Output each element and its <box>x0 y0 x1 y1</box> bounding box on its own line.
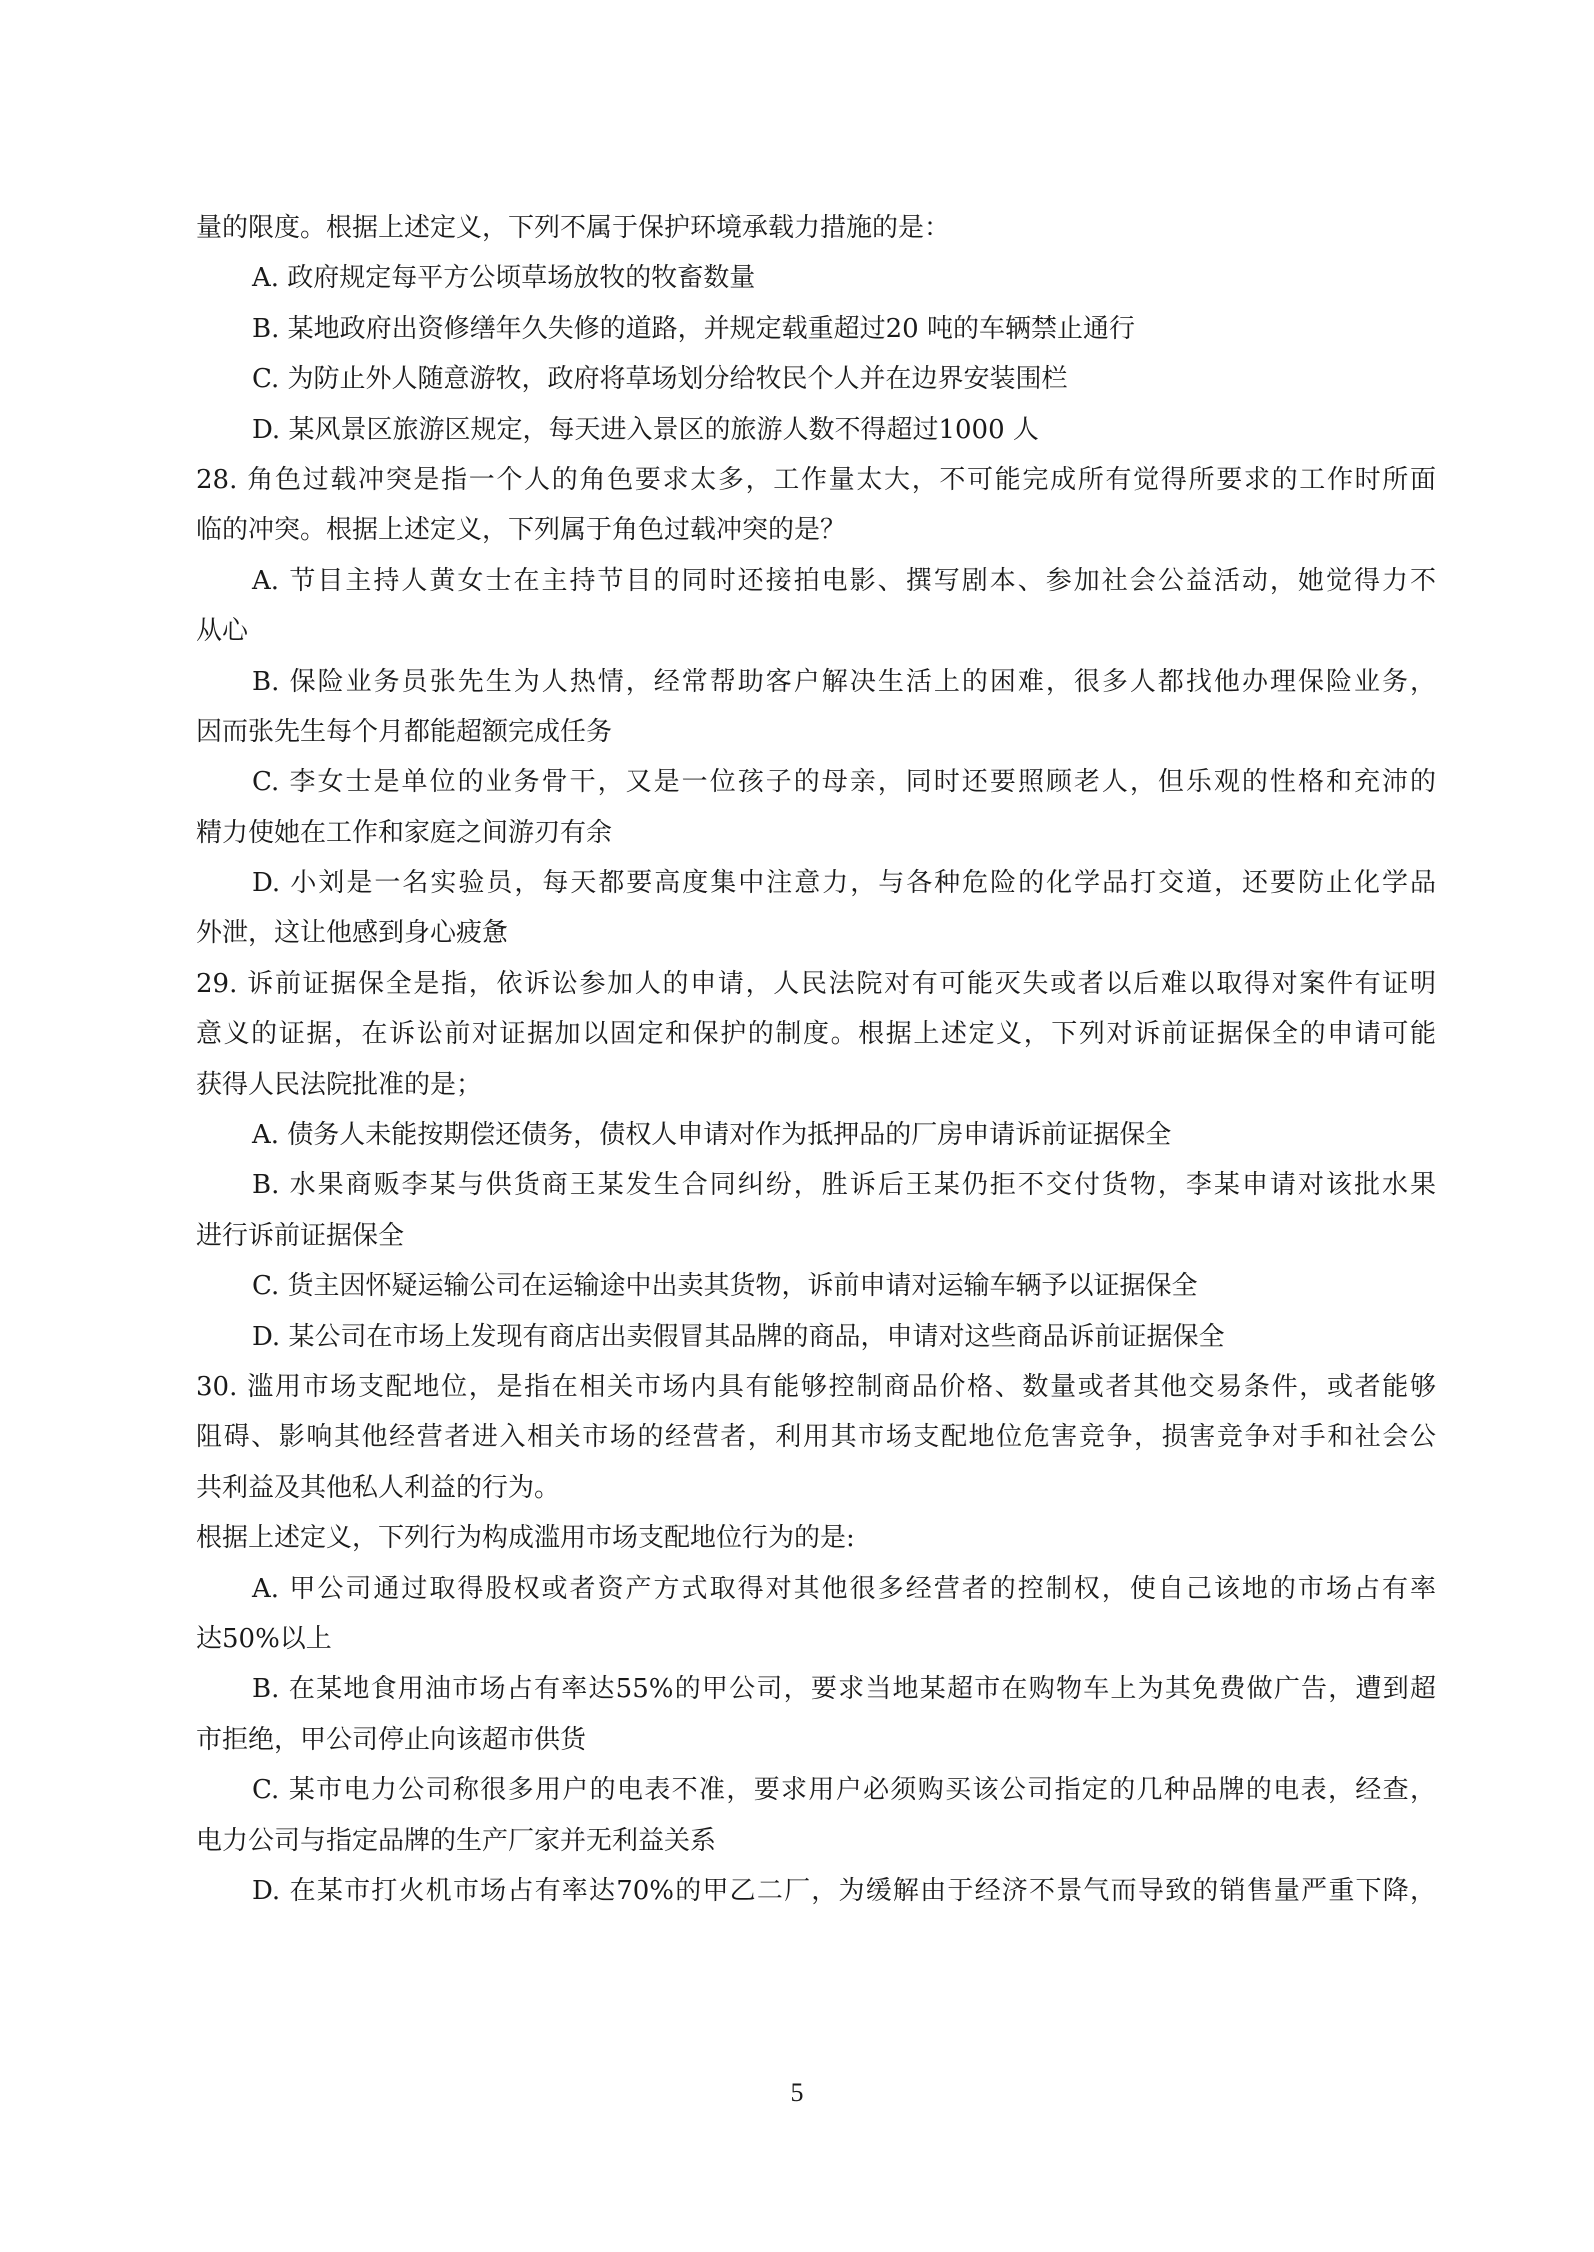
q27-option-a: A. 政府规定每平方公顷草场放牧的牧畜数量 <box>196 253 1436 303</box>
q29-option-c: C. 货主因怀疑运输公司在运输途中出卖其货物，诉前申请对运输车辆予以证据保全 <box>196 1261 1436 1311</box>
q30-prompt-line: 根据上述定义，下列行为构成滥用市场支配地位行为的是: <box>196 1513 1436 1563</box>
q29-option-d: D. 某公司在市场上发现有商店出卖假冒其品牌的商品，申请对这些商品诉前证据保全 <box>196 1312 1436 1362</box>
q30-option-b-line-2: 市拒绝，甲公司停止向该超市供货 <box>196 1715 1436 1765</box>
q29-stem-line-1: 29. 诉前证据保全是指，依诉讼参加人的申请，人民法院对有可能灭失或者以后难以取… <box>196 959 1436 1009</box>
q28-option-d-line-2: 外泄，这让他感到身心疲惫 <box>196 908 1436 958</box>
q28-option-c-line-2: 精力使她在工作和家庭之间游刃有余 <box>196 808 1436 858</box>
q30-option-d-line-1: D. 在某市打火机市场占有率达70%的甲乙二厂，为缓解由于经济不景气而导致的销售… <box>196 1866 1436 1916</box>
q30-option-a-line-1: A. 甲公司通过取得股权或者资产方式取得对其他很多经营者的控制权，使自己该地的市… <box>196 1564 1436 1614</box>
q30-option-b-line-1: B. 在某地食用油市场占有率达55%的甲公司，要求当地某超市在购物车上为其免费做… <box>196 1664 1436 1714</box>
q27-option-b: B. 某地政府出资修缮年久失修的道路，并规定载重超过20 吨的车辆禁止通行 <box>196 304 1436 354</box>
q28-option-b-line-2: 因而张先生每个月都能超额完成任务 <box>196 707 1436 757</box>
q30-option-a-line-2: 达50%以上 <box>196 1614 1436 1664</box>
q27-stem-line: 量的限度。根据上述定义，下列不属于保护环境承载力措施的是： <box>196 203 1436 253</box>
q28-stem-line-1: 28. 角色过载冲突是指一个人的角色要求太多，工作量太大，不可能完成所有觉得所要… <box>196 455 1436 505</box>
q30-stem-line-3: 共利益及其他私人利益的行为。 <box>196 1463 1436 1513</box>
document-page: 量的限度。根据上述定义，下列不属于保护环境承载力措施的是： A. 政府规定每平方… <box>0 0 1594 2252</box>
q28-option-d-line-1: D. 小刘是一名实验员，每天都要高度集中注意力，与各种危险的化学品打交道，还要防… <box>196 858 1436 908</box>
q30-option-c-line-2: 电力公司与指定品牌的生产厂家并无利益关系 <box>196 1816 1436 1866</box>
q29-option-b-line-1: B. 水果商贩李某与供货商王某发生合同纠纷，胜诉后王某仍拒不交付货物，李某申请对… <box>196 1160 1436 1210</box>
q30-option-c-line-1: C. 某市电力公司称很多用户的电表不准，要求用户必须购买该公司指定的几种品牌的电… <box>196 1765 1436 1815</box>
q28-option-b-line-1: B. 保险业务员张先生为人热情，经常帮助客户解决生活上的困难，很多人都找他办理保… <box>196 657 1436 707</box>
q29-stem-line-2: 意义的证据，在诉讼前对证据加以固定和保护的制度。根据上述定义，下列对诉前证据保全… <box>196 1009 1436 1059</box>
q29-option-b-line-2: 进行诉前证据保全 <box>196 1211 1436 1261</box>
page-content: 量的限度。根据上述定义，下列不属于保护环境承载力措施的是： A. 政府规定每平方… <box>196 203 1436 1916</box>
q29-option-a: A. 债务人未能按期偿还债务，债权人申请对作为抵押品的厂房申请诉前证据保全 <box>196 1110 1436 1160</box>
q28-option-a-line-2: 从心 <box>196 606 1436 656</box>
q27-option-c: C. 为防止外人随意游牧，政府将草场划分给牧民个人并在边界安装围栏 <box>196 354 1436 404</box>
q28-option-c-line-1: C. 李女士是单位的业务骨干，又是一位孩子的母亲，同时还要照顾老人，但乐观的性格… <box>196 757 1436 807</box>
q30-stem-line-1: 30. 滥用市场支配地位，是指在相关市场内具有能够控制商品价格、数量或者其他交易… <box>196 1362 1436 1412</box>
q29-stem-line-3: 获得人民法院批准的是； <box>196 1060 1436 1110</box>
q28-stem-line-2: 临的冲突。根据上述定义，下列属于角色过载冲突的是？ <box>196 505 1436 555</box>
q28-option-a-line-1: A. 节目主持人黄女士在主持节目的同时还接拍电影、撰写剧本、参加社会公益活动，她… <box>196 556 1436 606</box>
q27-option-d: D. 某风景区旅游区规定，每天进入景区的旅游人数不得超过1000 人 <box>196 405 1436 455</box>
page-number: 5 <box>0 2078 1594 2108</box>
q30-stem-line-2: 阻碍、影响其他经营者进入相关市场的经营者，利用其市场支配地位危害竞争，损害竞争对… <box>196 1412 1436 1462</box>
